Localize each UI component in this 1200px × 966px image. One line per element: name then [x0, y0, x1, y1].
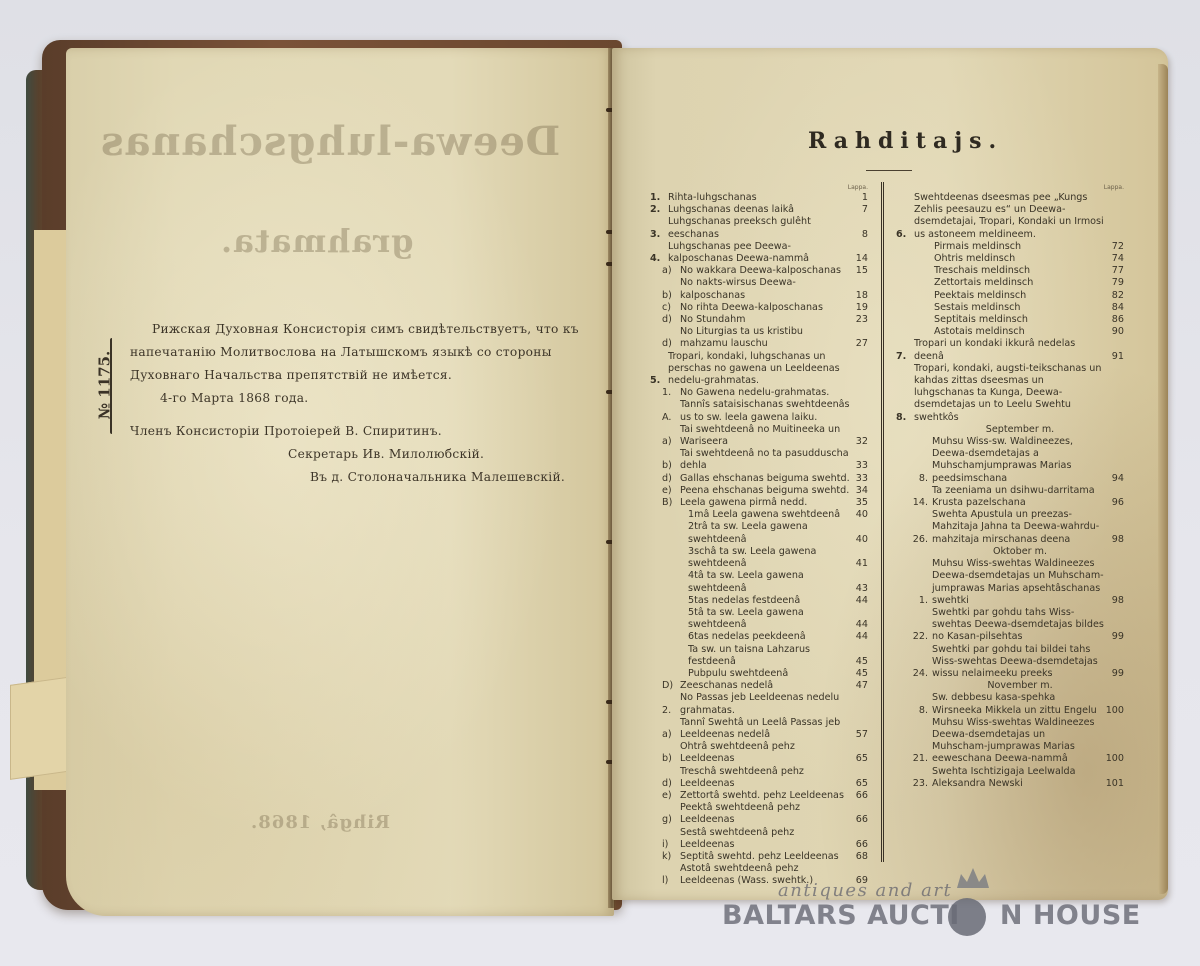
toc-entry-page: 40 [854, 534, 868, 546]
toc-entry: 22.Swehtki par gohdu tahs Wiss-swehtas D… [896, 607, 1124, 644]
toc-entry: 4.Luhgschanas pee Deewa-kalposchanas Dee… [650, 241, 868, 265]
page-block-edge [1158, 64, 1168, 894]
toc-entry: a)Tannî Swehtâ un Leelâ Passas jeb Leeld… [650, 717, 868, 741]
toc-entry: d)Gallas ehschanas beiguma swehtd.33 [650, 473, 868, 485]
toc-entry: 8.Muhsu Wiss-sw. Waldineezes, Deewa-dsem… [896, 436, 1124, 485]
toc-entry-label: No Gawena nedelu-grahmatas. [680, 387, 850, 399]
toc-entry-label: 5tâ ta sw. Leela gawena swehtdeenâ [688, 607, 850, 631]
page-column-header: Lappa. [896, 184, 1124, 192]
toc-entry-number: d) [662, 778, 676, 790]
toc-entry: A.Tannîs sataisischanas swehtdeenâs us t… [650, 399, 868, 423]
toc-entry-number: 8. [908, 705, 928, 717]
toc-entry-page: 19 [854, 302, 868, 314]
toc-entry: 6.Swehtdeenas dseesmas pee „Kungs Zehlis… [896, 192, 1124, 241]
toc-entry-page: 101 [1106, 778, 1124, 790]
toc-entry-label: Muhsu Wiss-swehtas Waldineezes Deewa-dse… [932, 717, 1102, 766]
toc-entry-number: 26. [908, 534, 928, 546]
toc-title-rule [866, 170, 912, 171]
watermark-brand: BALTARS AUCTIN HOUSE [722, 900, 1141, 931]
toc-entry-page: 44 [854, 619, 868, 631]
toc-entry: 3.Luhgschanas preeksch gulêht eeschanas8 [650, 216, 868, 240]
toc-entry-label: Ohtris meldinsch [934, 253, 1106, 265]
toc-entry-page: 94 [1110, 473, 1124, 485]
toc-entry: 5tas nedelas festdeenâ44 [650, 595, 868, 607]
censorship-approval: Рижская Духовная Консисторія симъ свидѣт… [130, 318, 590, 489]
toc-entry-number: a) [662, 436, 676, 448]
toc-entry-number: e) [662, 790, 676, 802]
toc-entry: 1.Muhsu Wiss-swehtas Waldineezes Deewa-d… [896, 558, 1124, 607]
toc-entry-number: d) [662, 473, 676, 485]
approval-date: 4-го Марта 1868 года. [130, 387, 590, 410]
watermark-o-logo [948, 898, 986, 936]
toc-entry-number: 23. [908, 778, 928, 790]
toc-entry: e)Peena ehschanas beiguma swehtd.34 [650, 485, 868, 497]
toc-entry-number: g) [662, 814, 676, 826]
toc-entry-page: 65 [854, 753, 868, 765]
toc-entry-label: Tropari, kondaki, augsti-teikschanas un … [914, 363, 1106, 424]
toc-entry-number: 4. [650, 253, 664, 265]
toc-entry: Astotais meldinsch90 [896, 326, 1124, 338]
toc-entry-page: 8 [854, 229, 868, 241]
toc-entry-page: 66 [854, 790, 868, 802]
toc-entry-label: Sw. debbesu kasa-spehka Wirsneeka Mikkel… [932, 692, 1102, 716]
toc-month-heading: Oktober m. [896, 546, 1124, 558]
toc-entry-page: 98 [1110, 534, 1124, 546]
toc-entry: b)Ohtrâ swehtdeenâ pehz Leeldeenas65 [650, 741, 868, 765]
toc-entry-page: 32 [854, 436, 868, 448]
toc-entry-number: 6. [896, 229, 910, 241]
toc-entry-number: 21. [908, 753, 928, 765]
toc-entry-page: 91 [1110, 351, 1124, 363]
toc-entry-page: 35 [854, 497, 868, 509]
toc-entry-page: 34 [854, 485, 868, 497]
toc-entry-label: Tropari, kondaki, luhgschanas un perscha… [668, 351, 850, 388]
toc-entry-label: Peektâ swehtdeenâ pehz Leeldeenas [680, 802, 850, 826]
toc-entry-page: 41 [854, 558, 868, 570]
toc-entry-page: 18 [854, 290, 868, 302]
toc-entry: g)Peektâ swehtdeenâ pehz Leeldeenas66 [650, 802, 868, 826]
toc-entry-page: 66 [854, 839, 868, 851]
toc-entry-label: Swehtki par gohdu tai bildei tahs Wiss-s… [932, 644, 1106, 681]
toc-entry: 21.Muhsu Wiss-swehtas Waldineezes Deewa-… [896, 717, 1124, 766]
toc-entry: 2.Luhgschanas deenas laikâ7 [650, 204, 868, 216]
toc-entry-page: 23 [854, 314, 868, 326]
toc-entry: Ta sw. un taisna Lahzarus festdeenâ45 [650, 644, 868, 668]
toc-entry: Sestais meldinsch84 [896, 302, 1124, 314]
toc-right-column: Lappa. 6.Swehtdeenas dseesmas pee „Kungs… [896, 184, 1124, 790]
toc-entry-number: 1. [650, 192, 664, 204]
toc-entry-page: 40 [854, 509, 868, 521]
toc-entry: 1mâ Leela gawena swehtdeenâ40 [650, 509, 868, 521]
page-column-header: Lappa. [650, 184, 868, 192]
toc-entry-page: 7 [854, 204, 868, 216]
toc-entry-number: 5. [650, 375, 664, 387]
toc-entry-label: Muhsu Wiss-sw. Waldineezes, Deewa-dsemde… [932, 436, 1106, 485]
toc-entry-number: A. [662, 412, 676, 424]
toc-entry-label: Peektais meldinsch [934, 290, 1106, 302]
toc-entry: 14.Ta zeeniama un dsihwu-darritama Krust… [896, 485, 1124, 509]
toc-entry-label: No Passas jeb Leeldeenas nedelu grahmata… [680, 692, 850, 716]
toc-entry: 23.Swehta Ischtizigaja Leelwalda Aleksan… [896, 766, 1124, 790]
toc-entry: B)Leela gawena pirmâ nedd.35 [650, 497, 868, 509]
toc-entry-label: 3schâ ta sw. Leela gawena swehtdeenâ [688, 546, 850, 570]
toc-left-column: Lappa. 1.Rihta-luhgschanas12.Luhgschanas… [650, 184, 868, 888]
toc-entry-label: Peena ehschanas beiguma swehtd. [680, 485, 850, 497]
toc-entry-label: No Liturgias ta us kristibu mahzamu laus… [680, 326, 850, 350]
toc-entry-page: 1 [854, 192, 868, 204]
watermark-tagline: antiques and art [778, 880, 952, 901]
toc-entry-page: 33 [854, 460, 868, 472]
toc-entry-label: Luhgschanas preeksch gulêht eeschanas [668, 216, 850, 240]
toc-entry-page: 44 [854, 595, 868, 607]
toc-entry-number: d) [662, 314, 676, 326]
toc-entry-number: 24. [908, 668, 928, 680]
toc-entry: Pubpulu swehtdeenâ45 [650, 668, 868, 680]
toc-entry-label: No wakkara Deewa-kalposchanas [680, 265, 850, 277]
toc-entry: d)Treschâ swehtdeenâ pehz Leeldeenas65 [650, 766, 868, 790]
toc-entry-label: 4tâ ta sw. Leela gawena swehtdeenâ [688, 570, 850, 594]
toc-entry-page: 57 [854, 729, 868, 741]
toc-entry-label: No nakts-wirsus Deewa-kalposchanas [680, 277, 850, 301]
toc-entry-page: 44 [854, 631, 868, 643]
toc-entry-label: Zettortâ swehtd. pehz Leeldeenas [680, 790, 850, 802]
toc-entry-page: 43 [854, 583, 868, 595]
toc-entry-page: 65 [854, 778, 868, 790]
toc-entry: d)No Stundahm23 [650, 314, 868, 326]
toc-entry: 5tâ ta sw. Leela gawena swehtdeenâ44 [650, 607, 868, 631]
toc-entry: a)No wakkara Deewa-kalposchanas15 [650, 265, 868, 277]
toc-entry: D)Zeeschanas nedelâ47 [650, 680, 868, 692]
toc-entry: 6tas nedelas peekdeenâ44 [650, 631, 868, 643]
toc-entry-page: 82 [1110, 290, 1124, 302]
toc-entry-label: Zeeschanas nedelâ [680, 680, 850, 692]
toc-entry-number: a) [662, 729, 676, 741]
toc-entry-number: 8. [896, 412, 910, 424]
toc-entry-page: 27 [854, 338, 868, 350]
toc-entry-label: Sestâ swehtdeenâ pehz Leeldeenas [680, 827, 850, 851]
toc-entry-number: a) [662, 265, 676, 277]
toc-entry-label: Ta sw. un taisna Lahzarus festdeenâ [688, 644, 850, 668]
toc-entry-label: Ohtrâ swehtdeenâ pehz Leeldeenas [680, 741, 850, 765]
toc-entry-label: Luhgschanas pee Deewa-kalposchanas Deewa… [668, 241, 850, 265]
toc-entry: d)No Liturgias ta us kristibu mahzamu la… [650, 326, 868, 350]
toc-entry: 1.No Gawena nedelu-grahmatas. [650, 387, 868, 399]
toc-entry: Zettortais meldinsch79 [896, 277, 1124, 289]
toc-entry: 7.Tropari un kondaki ikkurâ nedelas deen… [896, 338, 1124, 362]
toc-entry: k)Septitâ swehtd. pehz Leeldeenas68 [650, 851, 868, 863]
toc-entry-page: 74 [1110, 253, 1124, 265]
certificate-bracket [110, 338, 114, 434]
toc-entry-number: d) [662, 338, 676, 350]
toc-entry-page: 84 [1110, 302, 1124, 314]
toc-entry-number: 22. [908, 631, 928, 643]
toc-entry-label: Treschais meldinsch [934, 265, 1106, 277]
toc-entry-label: Treschâ swehtdeenâ pehz Leeldeenas [680, 766, 850, 790]
toc-entry-label: Pubpulu swehtdeenâ [688, 668, 850, 680]
toc-entry-label: No Stundahm [680, 314, 850, 326]
toc-entry: e)Zettortâ swehtd. pehz Leeldeenas66 [650, 790, 868, 802]
toc-entry-page: 90 [1110, 326, 1124, 338]
toc-entry-number: 3. [650, 229, 664, 241]
toc-entry-label: Gallas ehschanas beiguma swehtd. [680, 473, 850, 485]
toc-entry-page: 66 [854, 814, 868, 826]
toc-entry-label: Muhsu Wiss-swehtas Waldineezes Deewa-dse… [932, 558, 1106, 607]
toc-entry: b)Tai swehtdeenâ no ta pasudduscha dehla… [650, 448, 868, 472]
toc-entry-label: 1mâ Leela gawena swehtdeenâ [688, 509, 850, 521]
toc-entry-page: 77 [1110, 265, 1124, 277]
toc-entry-number: e) [662, 485, 676, 497]
toc-entry-number: i) [662, 839, 676, 851]
toc-title: Rahditajs. [808, 128, 1003, 154]
toc-entry: 4tâ ta sw. Leela gawena swehtdeenâ43 [650, 570, 868, 594]
toc-entry-number: k) [662, 851, 676, 863]
toc-entry-label: Luhgschanas deenas laikâ [668, 204, 850, 216]
toc-entry-page: 15 [854, 265, 868, 277]
toc-entry-label: 6tas nedelas peekdeenâ [688, 631, 850, 643]
toc-entry-label: 2trâ ta sw. Leela gawena swehtdeenâ [688, 521, 850, 545]
signature-secretary: Секретарь Ив. Милолюбскій. [130, 443, 590, 466]
toc-entry-label: Septitâ swehtd. pehz Leeldeenas [680, 851, 850, 863]
toc-entry-page: 86 [1110, 314, 1124, 326]
toc-entry-number: 7. [896, 351, 910, 363]
toc-entry-label: Swehta Apustula un preezas-Mahzitaja Jah… [932, 509, 1106, 546]
signature-desk-chief: Въ д. Столоначальника Малешевскій. [130, 466, 590, 489]
toc-entry: 8.Tropari, kondaki, augsti-teikschanas u… [896, 363, 1124, 424]
toc-entry-number: D) [662, 680, 676, 692]
toc-entry-label: Tannîs sataisischanas swehtdeenâs us to … [680, 399, 850, 423]
toc-entry-number: c) [662, 302, 676, 314]
toc-entry-number: B) [662, 497, 676, 509]
crown-icon [955, 868, 991, 890]
toc-entry-label: Leela gawena pirmâ nedd. [680, 497, 850, 509]
toc-entry: 24.Swehtki par gohdu tai bildei tahs Wis… [896, 644, 1124, 681]
toc-entry-label: Astotais meldinsch [934, 326, 1106, 338]
toc-entry: Septitais meldinsch86 [896, 314, 1124, 326]
toc-entry-number: 2. [650, 204, 664, 216]
toc-entry-label: Tropari un kondaki ikkurâ nedelas deenâ [914, 338, 1106, 362]
toc-entry-page: 72 [1110, 241, 1124, 253]
toc-entry-number: 2. [662, 705, 676, 717]
toc-entry-label: Ta zeeniama un dsihwu-darritama Krusta p… [932, 485, 1106, 509]
toc-entry: 3schâ ta sw. Leela gawena swehtdeenâ41 [650, 546, 868, 570]
toc-entry: Pirmais meldinsch72 [896, 241, 1124, 253]
certificate-number: № 1175. [84, 340, 124, 430]
toc-entry-label: Swehtdeenas dseesmas pee „Kungs Zehlis p… [914, 192, 1106, 241]
toc-entry-number: b) [662, 460, 676, 472]
toc-entry-label: Tai swehtdeenâ no Muitineeka un Wariseer… [680, 424, 850, 448]
toc-entry-label: Septitais meldinsch [934, 314, 1106, 326]
toc-entry-page: 47 [854, 680, 868, 692]
toc-entry-page: 68 [854, 851, 868, 863]
photo-scene: Deewa-luhgschanas grahmata. Rihgâ, 1868.… [0, 0, 1200, 966]
approval-text: Рижская Духовная Консисторія симъ свидѣт… [130, 318, 590, 387]
toc-entry-label: No rihta Deewa-kalposchanas [680, 302, 850, 314]
toc-entry-label: Tannî Swehtâ un Leelâ Passas jeb Leeldee… [680, 717, 850, 741]
toc-entry-number: 1. [908, 595, 928, 607]
toc-entry: b)No nakts-wirsus Deewa-kalposchanas18 [650, 277, 868, 301]
toc-entry-page: 45 [854, 668, 868, 680]
toc-entry-page: 100 [1106, 753, 1124, 765]
toc-entry: 5.Tropari, kondaki, luhgschanas un persc… [650, 351, 868, 388]
toc-entry-label: Zettortais meldinsch [934, 277, 1106, 289]
toc-entry: Peektais meldinsch82 [896, 290, 1124, 302]
toc-entry-page: 96 [1110, 497, 1124, 509]
toc-entry: 2trâ ta sw. Leela gawena swehtdeenâ40 [650, 521, 868, 545]
toc-entry-label: 5tas nedelas festdeenâ [688, 595, 850, 607]
toc-entry-label: Tai swehtdeenâ no ta pasudduscha dehla [680, 448, 850, 472]
toc-entry-page: 14 [854, 253, 868, 265]
toc-entry-label: Pirmais meldinsch [934, 241, 1106, 253]
toc-entry-number: b) [662, 290, 676, 302]
toc-entry-number: l) [662, 875, 676, 887]
toc-entry: i)Sestâ swehtdeenâ pehz Leeldeenas66 [650, 827, 868, 851]
toc-entry-number: 14. [908, 497, 928, 509]
toc-entry: 1.Rihta-luhgschanas1 [650, 192, 868, 204]
auction-house-watermark: antiques and art BALTARS AUCTIN HOUSE [722, 880, 1122, 950]
toc-entry: Ohtris meldinsch74 [896, 253, 1124, 265]
bleed-through-title: Deewa-luhgschanas [100, 118, 560, 165]
toc-entry-number: b) [662, 753, 676, 765]
toc-entry: c)No rihta Deewa-kalposchanas19 [650, 302, 868, 314]
toc-entry-page: 98 [1110, 595, 1124, 607]
toc-column-divider [881, 182, 884, 862]
toc-entry-page: 99 [1110, 631, 1124, 643]
signature-consistory-member: Членъ Консисторіи Протоіерей В. Спиритин… [130, 420, 590, 443]
toc-entry-number: 8. [908, 473, 928, 485]
toc-entry-label: Swehtki par gohdu tahs Wiss-swehtas Deew… [932, 607, 1106, 644]
toc-entry: 26.Swehta Apustula un preezas-Mahzitaja … [896, 509, 1124, 546]
bleed-through-imprint: Rihgâ, 1868. [250, 812, 390, 833]
toc-entry-number: 1. [662, 387, 676, 399]
toc-entry-label: Rihta-luhgschanas [668, 192, 850, 204]
toc-entry-page: 79 [1110, 277, 1124, 289]
toc-entry: Treschais meldinsch77 [896, 265, 1124, 277]
toc-month-heading: September m. [896, 424, 1124, 436]
toc-entry: 2.No Passas jeb Leeldeenas nedelu grahma… [650, 692, 868, 716]
toc-entry-label: Sestais meldinsch [934, 302, 1106, 314]
bleed-through-subtitle: grahmata. [220, 222, 413, 260]
toc-entry: a)Tai swehtdeenâ no Muitineeka un Warise… [650, 424, 868, 448]
toc-entry-page: 100 [1106, 705, 1124, 717]
toc-entry-page: 45 [854, 656, 868, 668]
toc-entry-page: 33 [854, 473, 868, 485]
toc-entry: 8.Sw. debbesu kasa-spehka Wirsneeka Mikk… [896, 692, 1124, 716]
toc-month-heading: November m. [896, 680, 1124, 692]
toc-entry-page: 99 [1110, 668, 1124, 680]
toc-entry-label: Swehta Ischtizigaja Leelwalda Aleksandra… [932, 766, 1102, 790]
